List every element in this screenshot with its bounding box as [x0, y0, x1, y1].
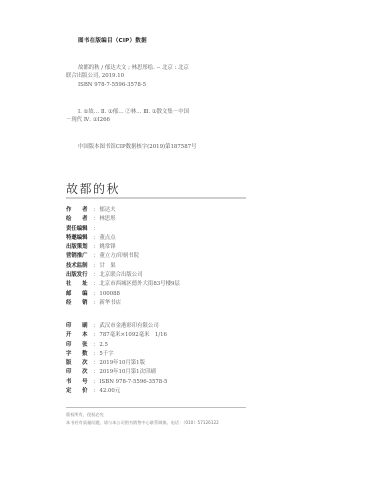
printing-label: 印 张	[66, 341, 93, 350]
credit-value	[98, 225, 99, 234]
cip-classification: Ⅰ. ①故… Ⅱ. ①郁… ②林… Ⅲ. ①散文集－中国 －现代 Ⅳ. ①I26…	[66, 108, 256, 125]
cip-heading: 图书在版编目（CIP）数据	[78, 36, 147, 44]
rights-statement: 版权所有，侵权必究	[66, 411, 219, 419]
credit-value: 100088	[98, 290, 120, 299]
cip-line: 故都的秋 / 郁达夫文 ; 林思彤绘. -- 北京 : 北京	[66, 64, 251, 72]
credit-label: 特邀编辑	[66, 234, 93, 243]
credit-row: 作 者：郁达夫	[66, 206, 266, 215]
credit-row: 技术监制：甘 果	[66, 262, 266, 271]
credit-value: 姚常锋	[98, 243, 115, 252]
cip-line: 联合出版公司, 2019.10	[66, 72, 251, 80]
classification-line: －现代 Ⅳ. ①I266	[66, 116, 256, 124]
cip-record: 故都的秋 / 郁达夫文 ; 林思彤绘. -- 北京 : 北京 联合出版公司, 2…	[66, 64, 251, 89]
credit-label: 经 销	[66, 299, 93, 308]
printing-row: 印 次：2019年10月第1次印刷	[66, 368, 266, 377]
credit-row: 邮 编：100088	[66, 290, 266, 299]
title-divider	[66, 197, 246, 199]
credit-label: 出版发行	[66, 271, 93, 280]
credit-row: 出版发行：北京联合出版公司	[66, 271, 266, 280]
credit-value: 董点点	[98, 234, 115, 243]
printing-value: 5千字	[98, 350, 113, 359]
footer-divider	[66, 407, 246, 408]
printing-label: 印 次	[66, 368, 93, 377]
credit-value: 新华书店	[98, 299, 121, 308]
credit-label: 营销推广	[66, 252, 93, 261]
credit-row: 特邀编辑：董点点	[66, 234, 266, 243]
credit-label: 出版策划	[66, 243, 93, 252]
copyright-page: 图书在版编目（CIP）数据 故都的秋 / 郁达夫文 ; 林思彤绘. -- 北京 …	[0, 0, 375, 488]
classification-line: Ⅰ. ①故… Ⅱ. ①郁… ②林… Ⅲ. ①散文集－中国	[66, 108, 256, 116]
quality-notice: 本书若有质量问题，请与本公司图书销售中心联系调换。电话：（010）5712612…	[66, 419, 219, 427]
printing-row: 版 次：2019年10月第1版	[66, 359, 266, 368]
printing-value: 787毫米×1092毫米 1/16	[98, 331, 167, 340]
credit-row: 营销推广：董立方/印刻书院	[66, 252, 266, 261]
printing-label: 定 价	[66, 387, 93, 396]
credit-value: 北京联合出版公司	[98, 271, 142, 280]
credit-row: 社 址：北京市西城区德外大街83号楼9层	[66, 280, 266, 289]
credit-value: 郁达夫	[98, 206, 115, 215]
credit-label: 作 者	[66, 206, 93, 215]
printing-value: 2019年10月第1次印刷	[98, 368, 155, 377]
printing-value: 2.5	[98, 341, 108, 350]
printing-row: 开 本：787毫米×1092毫米 1/16	[66, 331, 266, 340]
credit-value: 董立方/印刻书院	[98, 252, 139, 261]
credit-label: 社 址	[66, 280, 93, 289]
printing-row: 印 刷：武汉市金港彩印有限公司	[66, 322, 266, 331]
credit-label: 绘 者	[66, 215, 93, 224]
printing-value: ISBN 978-7-5596-3578-5	[98, 378, 167, 387]
printing-label: 字 数	[66, 350, 93, 359]
printing-row: 字 数：5千字	[66, 350, 266, 359]
credit-row: 绘 者：林思彤	[66, 215, 266, 224]
book-title: 故都的秋	[66, 180, 120, 197]
printing-row: 印 张：2.5	[66, 341, 266, 350]
credit-row: 出版策划：姚常锋	[66, 243, 266, 252]
printing-label: 开 本	[66, 331, 93, 340]
credit-row: 经 销：新华书店	[66, 299, 266, 308]
credit-value: 林思彤	[98, 215, 115, 224]
credit-label: 技术监制	[66, 262, 93, 271]
credits-list: 作 者：郁达夫 绘 者：林思彤 责任编辑： 特邀编辑：董点点 出版策划：姚常锋 …	[66, 206, 266, 308]
credit-label: 邮 编	[66, 290, 93, 299]
printing-label: 版 次	[66, 359, 93, 368]
rights-footer: 版权所有，侵权必究 本书若有质量问题，请与本公司图书销售中心联系调换。电话：（0…	[66, 411, 219, 426]
printing-row: 定 价：42.00元	[66, 387, 266, 396]
printing-value: 42.00元	[98, 387, 120, 396]
credit-label: 责任编辑	[66, 225, 93, 234]
credit-value: 甘 果	[98, 262, 115, 271]
cip-isbn: ISBN 978-7-5596-3578-5	[66, 81, 251, 89]
credit-row: 责任编辑：	[66, 225, 266, 234]
printing-row: 书 号：ISBN 978-7-5596-3578-5	[66, 378, 266, 387]
printing-value: 武汉市金港彩印有限公司	[98, 322, 158, 331]
printing-label: 印 刷	[66, 322, 93, 331]
printing-value: 2019年10月第1版	[98, 359, 145, 368]
credit-value: 北京市西城区德外大街83号楼9层	[98, 280, 179, 289]
printing-info: 印 刷：武汉市金港彩印有限公司 开 本：787毫米×1092毫米 1/16 印 …	[66, 322, 266, 396]
cip-record-number: 中国版本图书馆CIP数据核字(2019)第187587号	[78, 142, 196, 150]
printing-label: 书 号	[66, 378, 93, 387]
